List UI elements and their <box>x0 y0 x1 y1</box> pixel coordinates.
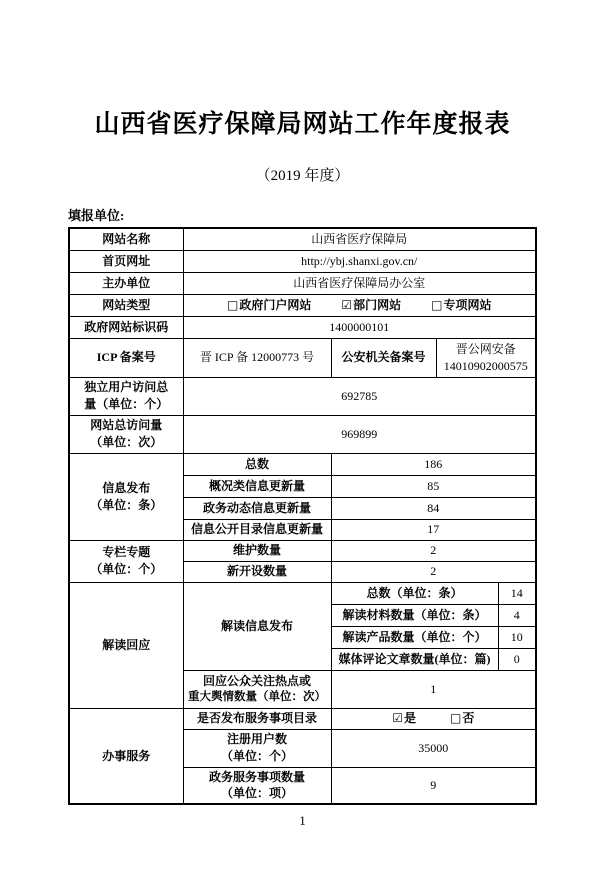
label-line: （单位：项） <box>186 785 329 802</box>
label-line: 量（单位：个） <box>72 396 181 413</box>
interp-media-label: 媒体评论文章数量(单位：篇) <box>331 648 498 670</box>
special-columns-label: 专栏专题 （单位：个） <box>69 540 183 582</box>
public-response-value: 1 <box>331 670 536 708</box>
checkbox-checked-icon: ☑ <box>341 297 352 313</box>
option-portal-site-label: 政府门户网站 <box>239 297 311 313</box>
info-news-label: 政务动态信息更新量 <box>183 497 331 519</box>
info-publish-label: 信息发布 （单位：条） <box>69 453 183 540</box>
label-line: 独立用户访问总 <box>72 379 181 396</box>
prepared-by-label: 填报单位: <box>68 205 605 224</box>
label-line: （单位：次） <box>72 434 181 451</box>
table-row: 办事服务 是否发布服务事项目录 ☑是 □否 <box>69 708 536 729</box>
interp-materials-value: 4 <box>498 604 536 626</box>
label-line: 注册用户数 <box>186 731 329 748</box>
info-directory-label: 信息公开目录信息更新量 <box>183 519 331 540</box>
total-visits-value: 969899 <box>183 415 536 453</box>
interp-total-value: 14 <box>498 582 536 604</box>
label-line: 网站总访问量 <box>72 417 181 434</box>
columns-new-value: 2 <box>331 561 536 582</box>
option-special-site: □专项网站 <box>431 297 491 313</box>
label-line: （单位：个） <box>72 561 181 578</box>
columns-maintained-label: 维护数量 <box>183 540 331 561</box>
service-items-value: 9 <box>331 767 536 804</box>
icp-label: ICP 备案号 <box>69 338 183 377</box>
info-directory-value: 17 <box>331 519 536 540</box>
label-line: （单位：个） <box>186 748 329 765</box>
registered-users-value: 35000 <box>331 729 536 767</box>
unique-visitors-value: 692785 <box>183 377 536 415</box>
table-row: 网站总访问量 （单位：次） 969899 <box>69 415 536 453</box>
checkbox-checked-icon: ☑ <box>392 710 403 726</box>
option-yes: ☑是 <box>392 710 416 726</box>
checkbox-unchecked-icon: □ <box>450 710 461 726</box>
unique-visitors-label: 独立用户访问总 量（单位：个） <box>69 377 183 415</box>
public-response-label: 回应公众关注热点或 重大舆情数量（单位：次） <box>183 670 331 708</box>
checkbox-unchecked-icon: □ <box>431 297 442 313</box>
label-line: 政务服务事项数量 <box>186 769 329 786</box>
site-code-value: 1400000101 <box>183 316 536 338</box>
police-record-label: 公安机关备案号 <box>331 338 436 377</box>
option-department-site: ☑部门网站 <box>341 297 401 313</box>
option-no: □否 <box>450 710 474 726</box>
table-row: 独立用户访问总 量（单位：个） 692785 <box>69 377 536 415</box>
site-code-label: 政府网站标识码 <box>69 316 183 338</box>
interpretation-label: 解读回应 <box>69 582 183 708</box>
service-catalog-value: ☑是 □否 <box>331 708 536 729</box>
table-row: 主办单位 山西省医疗保障局办公室 <box>69 272 536 294</box>
services-label: 办事服务 <box>69 708 183 804</box>
info-total-label: 总数 <box>183 453 331 475</box>
website-type-label: 网站类型 <box>69 294 183 316</box>
info-overview-label: 概况类信息更新量 <box>183 475 331 497</box>
interp-products-label: 解读产品数量（单位：个） <box>331 626 498 648</box>
option-department-site-label: 部门网站 <box>353 297 401 313</box>
checkbox-unchecked-icon: □ <box>227 297 238 313</box>
interpretation-publish-label: 解读信息发布 <box>183 582 331 670</box>
interp-materials-label: 解读材料数量（单位：条） <box>331 604 498 626</box>
table-row: 解读回应 解读信息发布 总数（单位：条） 14 <box>69 582 536 604</box>
icp-value: 晋 ICP 备 12000773 号 <box>183 338 331 377</box>
page-title: 山西省医疗保障局网站工作年度报表 <box>0 0 605 140</box>
police-record-value: 晋公网安备 14010902000575 <box>436 338 536 377</box>
table-row: ICP 备案号 晋 ICP 备 12000773 号 公安机关备案号 晋公网安备… <box>69 338 536 377</box>
interp-media-value: 0 <box>498 648 536 670</box>
report-table: 网站名称 山西省医疗保障局 首页网址 http://ybj.shanxi.gov… <box>68 227 537 805</box>
label-line: 专栏专题 <box>72 544 181 561</box>
info-total-value: 186 <box>331 453 536 475</box>
service-items-label: 政务服务事项数量 （单位：项） <box>183 767 331 804</box>
website-type-options: □政府门户网站 ☑部门网站 □专项网站 <box>183 294 536 316</box>
option-yes-label: 是 <box>404 710 416 726</box>
label-line: 重大舆情数量（单位：次） <box>186 689 329 705</box>
columns-maintained-value: 2 <box>331 540 536 561</box>
police-record-value-line2: 14010902000575 <box>439 358 534 375</box>
organizer-value: 山西省医疗保障局办公室 <box>183 272 536 294</box>
table-row: 政府网站标识码 1400000101 <box>69 316 536 338</box>
interp-total-label: 总数（单位：条） <box>331 582 498 604</box>
website-name-value: 山西省医疗保障局 <box>183 228 536 250</box>
document-page: 山西省医疗保障局网站工作年度报表 （2019 年度） 填报单位: 网站名称 山西… <box>0 0 605 869</box>
organizer-label: 主办单位 <box>69 272 183 294</box>
option-no-label: 否 <box>462 710 474 726</box>
option-portal-site: □政府门户网站 <box>227 297 311 313</box>
table-row: 网站类型 □政府门户网站 ☑部门网站 □专项网站 <box>69 294 536 316</box>
page-subtitle: （2019 年度） <box>0 164 605 185</box>
page-number: 1 <box>0 813 605 829</box>
service-catalog-label: 是否发布服务事项目录 <box>183 708 331 729</box>
columns-new-label: 新开设数量 <box>183 561 331 582</box>
label-line: 信息发布 <box>72 480 181 497</box>
police-record-value-line1: 晋公网安备 <box>439 341 534 358</box>
homepage-url-value: http://ybj.shanxi.gov.cn/ <box>183 250 536 272</box>
table-row: 信息发布 （单位：条） 总数 186 <box>69 453 536 475</box>
table-row: 专栏专题 （单位：个） 维护数量 2 <box>69 540 536 561</box>
website-name-label: 网站名称 <box>69 228 183 250</box>
table-row: 首页网址 http://ybj.shanxi.gov.cn/ <box>69 250 536 272</box>
total-visits-label: 网站总访问量 （单位：次） <box>69 415 183 453</box>
table-row: 网站名称 山西省医疗保障局 <box>69 228 536 250</box>
info-news-value: 84 <box>331 497 536 519</box>
info-overview-value: 85 <box>331 475 536 497</box>
registered-users-label: 注册用户数 （单位：个） <box>183 729 331 767</box>
homepage-url-label: 首页网址 <box>69 250 183 272</box>
label-line: 回应公众关注热点或 <box>186 673 329 690</box>
interp-products-value: 10 <box>498 626 536 648</box>
label-line: （单位：条） <box>72 497 181 514</box>
option-special-site-label: 专项网站 <box>443 297 491 313</box>
